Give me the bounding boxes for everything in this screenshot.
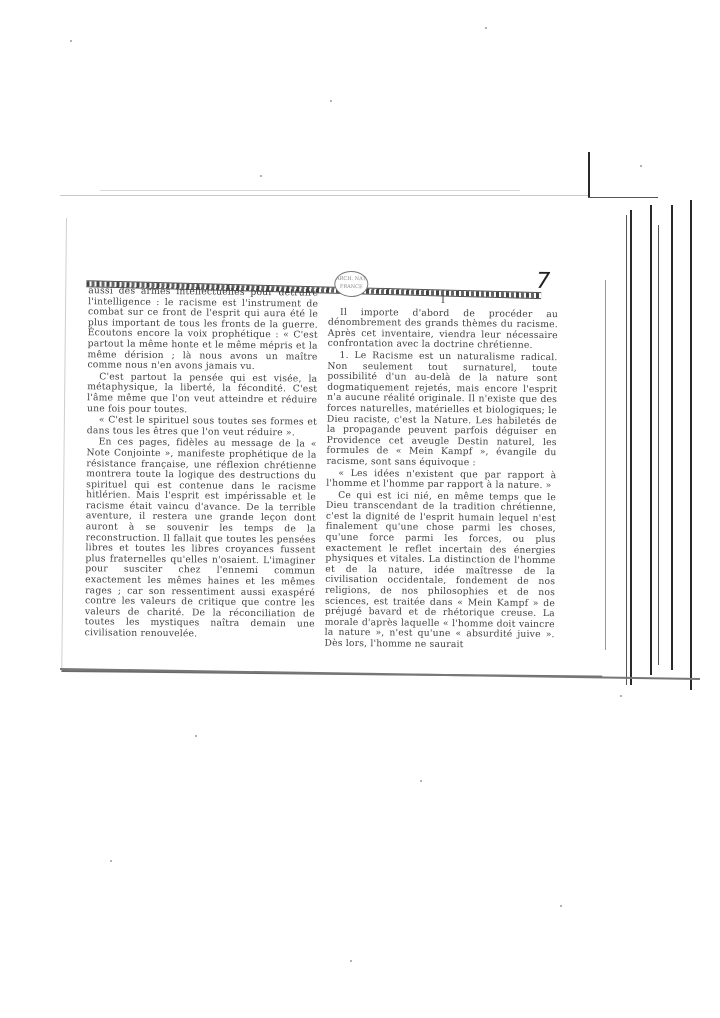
sheet-edge bbox=[588, 152, 590, 197]
right-column: I Il importe d'abord de procéder au déno… bbox=[324, 295, 558, 653]
section-heading: I bbox=[328, 295, 558, 308]
paragraph: Ce qui est ici nié, en même temps que le… bbox=[324, 490, 556, 651]
sheet-edge bbox=[671, 205, 673, 670]
scan-speck bbox=[350, 960, 352, 962]
page-number: 7 bbox=[536, 269, 550, 294]
paragraph: 1. Le Racisme est un naturalisme radical… bbox=[326, 351, 557, 470]
scan-speck bbox=[260, 175, 262, 177]
paragraph: En ces pages, fidèles au message de la «… bbox=[85, 438, 317, 642]
scan-speck bbox=[70, 40, 72, 42]
back-sheet-top-edge bbox=[60, 195, 590, 196]
sheet-edge bbox=[658, 225, 659, 665]
paragraph: « C'est le spirituel sous toutes ses for… bbox=[87, 415, 317, 439]
paragraph: Il importe d'abord de procéder au dénomb… bbox=[328, 307, 558, 352]
sheet-edge bbox=[588, 197, 658, 198]
paragraph: « Les idées n'existent que par rapport à… bbox=[326, 468, 556, 492]
scan-speck bbox=[330, 100, 332, 102]
paragraph: aussi des armes intellectuelles pour dét… bbox=[87, 286, 318, 373]
scan-speck bbox=[195, 735, 197, 737]
faint-scan-line bbox=[100, 190, 520, 191]
sheet-edge bbox=[690, 200, 692, 690]
scan-speck bbox=[485, 27, 487, 29]
scan-speck bbox=[640, 165, 642, 167]
paragraph: C'est partout la pensée qui est visée, l… bbox=[87, 372, 317, 417]
sheet-edge bbox=[650, 205, 652, 675]
newspaper-clipping: ARCH. NAT. FRANCE 7 aussi des armes inte… bbox=[61, 218, 607, 678]
scan-speck bbox=[110, 860, 112, 862]
scan-speck bbox=[420, 780, 422, 782]
sheet-edge bbox=[626, 215, 627, 685]
scan-speck bbox=[620, 695, 622, 697]
sheet-edge bbox=[630, 210, 632, 685]
archive-stamp: ARCH. NAT. FRANCE bbox=[334, 271, 368, 297]
left-column: aussi des armes intellectuelles pour dét… bbox=[85, 286, 319, 642]
scan-speck bbox=[560, 905, 562, 907]
